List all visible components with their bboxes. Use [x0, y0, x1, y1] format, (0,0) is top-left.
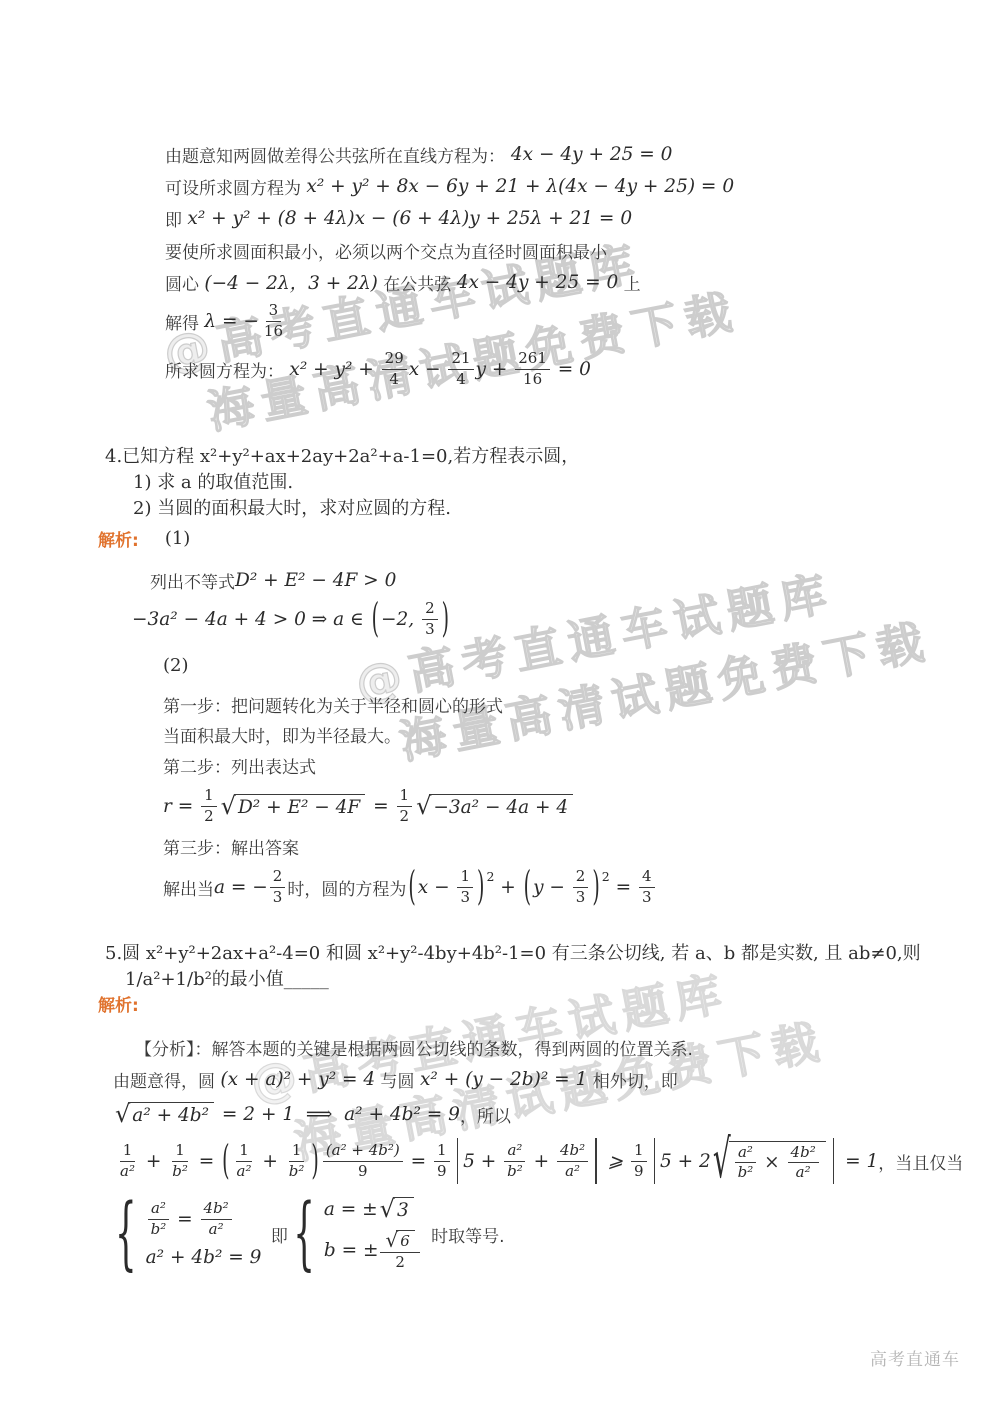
- text-run: 所求圆方程为：: [165, 357, 289, 382]
- math-run: x² + y² + (8 + 4λ)x − (6 + 4λ)y + 25λ + …: [187, 208, 632, 229]
- fraction: 43: [639, 868, 655, 906]
- fraction: 23: [422, 600, 438, 638]
- fraction: √62: [380, 1230, 419, 1271]
- document-content: 由题意知两圆做差得公共弦所在直线方程为： 4x − 4y + 25 = 0可设所…: [0, 0, 992, 1278]
- denominator: 9: [434, 1162, 450, 1180]
- math-run: a² + 4b²: [132, 1105, 209, 1126]
- text-run: 第二步：列出表达式: [163, 753, 316, 778]
- q4-step3: 第三步：解出答案: [163, 831, 992, 861]
- q4-step2: 第二步：列出表达式: [163, 749, 992, 781]
- fraction: a²b²: [735, 1144, 757, 1182]
- q5-question-blank: 1/a²+1/b²的最小值_____: [125, 965, 992, 991]
- numerator: 2: [270, 868, 286, 887]
- math-run: = 2 + 1 ⟹ a² + 4b² = 9: [216, 1104, 460, 1125]
- q5-amgm-derivation: 1a² + 1b² = (1a² + 1b²)(a² + 4b²)9 = 195…: [115, 1132, 992, 1190]
- text-run: ，当且仅当: [878, 1149, 963, 1174]
- left-brace: {: [115, 1187, 137, 1281]
- math-run: −2,: [381, 609, 420, 630]
- fraction: 4b²a²: [788, 1144, 819, 1182]
- q4-part2: 2) 当圆的面积最大时，求对应圆的方程.: [133, 494, 992, 520]
- big-delimiter: ): [442, 596, 449, 642]
- fraction: 4b²a²: [201, 1200, 232, 1238]
- numerator: 261: [515, 350, 550, 369]
- radical: √6: [385, 1230, 414, 1250]
- cases-column: a²b² = 4b²a²a² + 4b² = 9: [146, 1200, 262, 1268]
- denominator: 2: [392, 1253, 408, 1271]
- numerator: 4b²: [788, 1144, 819, 1163]
- math-run: x² + y² + 8x − 6y + 21 + λ(4x − 4y + 25)…: [306, 176, 734, 197]
- cases-row: a²b² = 4b²a²: [146, 1200, 234, 1238]
- text-run: 由题意得，圆: [113, 1067, 220, 1092]
- denominator: a²: [234, 1162, 255, 1180]
- denominator: 2: [201, 807, 217, 825]
- denominator: 4: [453, 370, 469, 388]
- fraction: 1b²: [169, 1142, 191, 1180]
- fraction: 19: [631, 1142, 647, 1180]
- big-delimiter: ): [477, 864, 484, 910]
- radicand: −3a² − 4a + 4: [429, 794, 573, 818]
- numerator: 4b²: [201, 1200, 232, 1219]
- q3-solution-lambda: 解得 λ = −316: [165, 298, 992, 344]
- math-run: +: [528, 1151, 555, 1172]
- math-run: 6: [400, 1233, 410, 1250]
- math-run: a = ±: [324, 1199, 378, 1220]
- numerator: 2: [573, 868, 589, 887]
- q5-distance-equation: √a² + 4b² = 2 + 1 ⟹ a² + 4b² = 9，所以: [113, 1096, 992, 1132]
- numerator: 1: [631, 1142, 647, 1161]
- text-run: 第一步：把问题转化为关于半径和圆心的形式: [163, 692, 503, 717]
- numerator: 1: [434, 1142, 450, 1161]
- fraction: 13: [457, 868, 473, 906]
- math-run: +: [140, 1151, 167, 1172]
- numerator: 3: [266, 302, 282, 321]
- math-run: x −: [418, 877, 456, 898]
- q4-part1: 1) 求 a 的取值范围.: [133, 468, 992, 494]
- numerator: 1: [236, 1142, 252, 1161]
- text-run: 1) 求 a 的取值范围.: [133, 468, 293, 494]
- text-run: 列出不等式: [150, 568, 235, 593]
- math-run: =: [193, 1151, 220, 1172]
- math-run: 4x − 4y + 25 = 0: [505, 144, 672, 165]
- q5-tangency-statement: 由题意得，圆 (x + a)² + y² = 4 与圆 x² + (y − 2b…: [113, 1062, 992, 1096]
- q4-range-result: −3a² − 4a + 4 > 0 ⇒ a ∈ (−2, 23): [132, 595, 992, 643]
- radicand: a²b² × 4b²a²: [729, 1141, 826, 1182]
- cases-column: a = ±√3b = ±√62: [324, 1197, 422, 1271]
- fraction: a²b²: [148, 1200, 170, 1238]
- q5-equality-conditions: {a²b² = 4b²a²a² + 4b² = 9 即 {a = ±√3b = …: [115, 1190, 992, 1278]
- q3-solution-center-on-chord: 圆心 (−4 − 2λ，3 + 2λ) 在公共弦 4x − 4y + 25 = …: [165, 266, 992, 298]
- document-page: @高考直通车试题库 海量高清试题免费下载 @高考直通车试题库 海量高清试题免费下…: [0, 0, 992, 1403]
- q4-radius-expression: r = 12√D² + E² − 4F = 12√−3a² − 4a + 4: [163, 781, 992, 831]
- text-run: 相外切，即: [587, 1067, 677, 1092]
- fraction: 12: [201, 787, 217, 825]
- denominator: 4: [386, 370, 402, 388]
- cases-row: b = ±√62: [324, 1230, 422, 1271]
- math-run: D² + E² − 4F: [238, 797, 360, 818]
- fraction: 1b²: [286, 1142, 308, 1180]
- fraction: a²b²: [504, 1142, 526, 1180]
- numerator: a²: [735, 1144, 756, 1163]
- big-delimiter: (: [408, 864, 415, 910]
- numerator: 2: [422, 600, 438, 619]
- vertical-bar: [595, 1138, 597, 1184]
- numerator: 4b²: [557, 1142, 588, 1161]
- denominator: b²: [148, 1220, 170, 1238]
- q5-analysis-label: 解析:: [98, 991, 992, 1016]
- math-run: (x + a)² + y² = 4: [220, 1069, 375, 1090]
- math-run: =: [405, 1151, 432, 1172]
- text-run: 时，圆的方程为: [287, 875, 406, 900]
- text-run: 可设所求圆方程为: [165, 174, 306, 199]
- math-run: = 0: [552, 359, 591, 380]
- math-run: ⩾: [602, 1151, 629, 1172]
- numerator: √6: [380, 1230, 419, 1252]
- fraction: (a² + 4b²)9: [323, 1142, 403, 1180]
- math-run: λ = −: [204, 311, 259, 332]
- math-run: =: [610, 877, 637, 898]
- numerator: 1: [289, 1142, 305, 1161]
- radicand: D² + E² − 4F: [234, 794, 365, 818]
- left-brace: {: [293, 1187, 315, 1281]
- footer-brand: 高考直通车: [870, 1345, 960, 1370]
- text-run: (1): [165, 528, 191, 549]
- numerator: 1: [201, 787, 217, 806]
- numerator: 1: [397, 787, 413, 806]
- analysis-label: 解析:: [98, 991, 139, 1016]
- math-run: b = ±: [324, 1240, 379, 1261]
- exponent: 2: [486, 869, 494, 884]
- denominator: 9: [631, 1162, 647, 1180]
- text-run: 解出当: [163, 875, 214, 900]
- q4-final-answer: 解出当a = −23时，圆的方程为(x − 13)2 + (y − 23)2 =…: [163, 861, 992, 913]
- numerator: 1: [457, 868, 473, 887]
- math-run: r =: [163, 796, 199, 817]
- q4-inequality-setup: 列出不等式D² + E² − 4F > 0: [150, 565, 992, 595]
- fraction: 1a²: [234, 1142, 255, 1180]
- math-run: 3: [397, 1200, 409, 1221]
- fraction: 23: [270, 868, 286, 906]
- q4-step1: 第一步：把问题转化为关于半径和圆心的形式: [163, 689, 992, 719]
- q5-analysis-note: 【分析】：解答本题的关键是根据两圆公切线的条数，得到两圆的位置关系.: [135, 1032, 992, 1062]
- radical: √a²b² × 4b²a²: [713, 1141, 826, 1182]
- q4-part2-header: (2): [163, 653, 992, 677]
- fraction: 4b²a²: [557, 1142, 588, 1180]
- math-run: 4x − 4y + 25 = 0: [457, 272, 619, 293]
- text-run: 由题意知两圆做差得公共弦所在直线方程为：: [165, 142, 505, 167]
- radicand: 3: [393, 1197, 414, 1221]
- numerator: 4: [639, 868, 655, 887]
- math-run: (−4 − 2λ，3 + 2λ): [204, 269, 378, 295]
- vertical-bar: [457, 1138, 459, 1184]
- numerator: 1: [120, 1142, 136, 1161]
- math-run: =: [171, 1209, 198, 1230]
- fraction: 214: [448, 350, 473, 388]
- cases-group: {a = ±√3b = ±√62: [293, 1197, 422, 1271]
- math-run: +: [257, 1151, 284, 1172]
- math-run: +: [494, 877, 521, 898]
- q3-solution-min-area-note: 要使所求圆面积最小，必须以两个交点为直径时圆面积最小: [165, 234, 992, 266]
- denominator: 3: [457, 888, 473, 906]
- math-run: −3a² − 4a + 4 > 0 ⇒ a ∈: [132, 609, 370, 630]
- text-run: 解得: [165, 309, 204, 334]
- numerator: 21: [448, 350, 473, 369]
- big-delimiter: ): [592, 864, 599, 910]
- math-run: 5 + 2: [660, 1151, 711, 1172]
- text-run: 时取等号.: [426, 1222, 505, 1247]
- big-delimiter: ): [311, 1138, 318, 1184]
- fraction: 23: [573, 868, 589, 906]
- denominator: 2: [397, 807, 413, 825]
- big-delimiter: (: [222, 1138, 229, 1184]
- fraction: 294: [382, 350, 407, 388]
- math-run: −3a² − 4a + 4: [433, 797, 568, 818]
- text-run: 1/a²+1/b²的最小值_____: [125, 965, 329, 991]
- text-run: 【分析】：解答本题的关键是根据两圆公切线的条数，得到两圆的位置关系.: [135, 1035, 693, 1060]
- denominator: b²: [286, 1162, 308, 1180]
- text-run: 与圆: [375, 1067, 420, 1092]
- text-run: 当面积最大时，即为半径最大。: [163, 722, 401, 747]
- text-run: 4.已知方程 x²+y²+ax+2ay+2a²+a-1=0,若方程表示圆，: [105, 442, 579, 468]
- math-run: 5 +: [463, 1151, 502, 1172]
- math-run: = 1: [839, 1151, 878, 1172]
- radical: √a² + 4b²: [115, 1102, 214, 1126]
- text-run: 在公共弦: [378, 270, 457, 295]
- math-run: a = −: [214, 877, 268, 898]
- denominator: a²: [793, 1163, 814, 1181]
- numerator: a²: [148, 1200, 169, 1219]
- vertical-bar: [833, 1138, 835, 1184]
- cases-row: a² + 4b² = 9: [146, 1247, 262, 1268]
- denominator: 16: [261, 322, 286, 340]
- text-run: 5.圆 x²+y²+2ax+a²-4=0 和圆 x²+y²-4by+4b²-1=…: [105, 939, 903, 965]
- denominator: b²: [735, 1163, 757, 1181]
- denominator: 3: [573, 888, 589, 906]
- radical: √−3a² − 4a + 4: [416, 794, 573, 818]
- q3-solution-chord-line: 由题意知两圆做差得公共弦所在直线方程为： 4x − 4y + 25 = 0: [165, 138, 992, 170]
- q3-solution-final-circle: 所求圆方程为： x² + y² + 294x − 214y + 26116 = …: [165, 344, 992, 394]
- denominator: 3: [270, 888, 286, 906]
- denominator: b²: [504, 1162, 526, 1180]
- fraction: 26116: [515, 350, 550, 388]
- right-aligned-text: 则: [903, 939, 921, 965]
- fraction: 19: [434, 1142, 450, 1180]
- denominator: 9: [355, 1162, 371, 1180]
- text-run: 2) 当圆的面积最大时，求对应圆的方程.: [133, 494, 451, 520]
- q3-solution-expanded: 即 x² + y² + (8 + 4λ)x − (6 + 4λ)y + 25λ …: [165, 202, 992, 234]
- denominator: a²: [117, 1162, 138, 1180]
- radical: √D² + E² − 4F: [221, 794, 366, 818]
- radical: √3: [380, 1197, 414, 1221]
- math-run: x² + y² +: [289, 359, 379, 380]
- text-run: 圆心: [165, 270, 204, 295]
- math-run: y +: [476, 359, 514, 380]
- math-run: ×: [758, 1152, 785, 1173]
- denominator: 3: [639, 888, 655, 906]
- denominator: a²: [206, 1220, 227, 1238]
- math-run: =: [367, 796, 394, 817]
- math-run: a² + 4b² = 9: [146, 1247, 262, 1268]
- q4-title: 4.已知方程 x²+y²+ax+2ay+2a²+a-1=0,若方程表示圆，: [105, 442, 992, 468]
- q5-title: 5.圆 x²+y²+2ax+a²-4=0 和圆 x²+y²-4by+4b²-1=…: [105, 939, 905, 965]
- radicand: 6: [396, 1230, 415, 1250]
- analysis-label: 解析:: [98, 526, 139, 551]
- math-run: x −: [409, 359, 447, 380]
- denominator: a²: [562, 1162, 583, 1180]
- numerator: 29: [382, 350, 407, 369]
- text-run: (2): [163, 655, 189, 676]
- fraction: 12: [397, 787, 413, 825]
- denominator: 3: [422, 620, 438, 638]
- denominator: b²: [169, 1162, 191, 1180]
- math-run: y −: [533, 877, 571, 898]
- q3-solution-assumed-circle: 可设所求圆方程为 x² + y² + 8x − 6y + 21 + λ(4x −…: [165, 170, 992, 202]
- fraction: 1a²: [117, 1142, 138, 1180]
- q4-analysis-header: 解析:(1): [98, 526, 992, 551]
- text-run: 上: [618, 270, 640, 295]
- exponent: 2: [602, 869, 610, 884]
- vertical-bar: [654, 1138, 656, 1184]
- text-run: 即: [265, 1222, 293, 1247]
- text-run: 第三步：解出答案: [163, 834, 299, 859]
- math-run: x² + (y − 2b)² = 1: [420, 1069, 587, 1090]
- math-run: D² + E² − 4F > 0: [235, 570, 396, 591]
- fraction: 316: [261, 302, 286, 340]
- cases-group: {a²b² = 4b²a²a² + 4b² = 9: [115, 1200, 261, 1268]
- numerator: 1: [172, 1142, 188, 1161]
- text-run: 即: [165, 206, 187, 231]
- radical-sign: √: [713, 1133, 731, 1186]
- big-delimiter: (: [524, 864, 531, 910]
- cases-row: a = ±√3: [324, 1197, 416, 1221]
- numerator: (a² + 4b²): [323, 1142, 403, 1161]
- text-run: ，所以: [460, 1102, 511, 1127]
- denominator: 16: [520, 370, 545, 388]
- text-run: 要使所求圆面积最小，必须以两个交点为直径时圆面积最小: [165, 238, 607, 263]
- big-delimiter: (: [372, 596, 379, 642]
- q4-step1-note: 当面积最大时，即为半径最大。: [163, 719, 992, 749]
- numerator: a²: [504, 1142, 525, 1161]
- radicand: a² + 4b²: [128, 1102, 214, 1126]
